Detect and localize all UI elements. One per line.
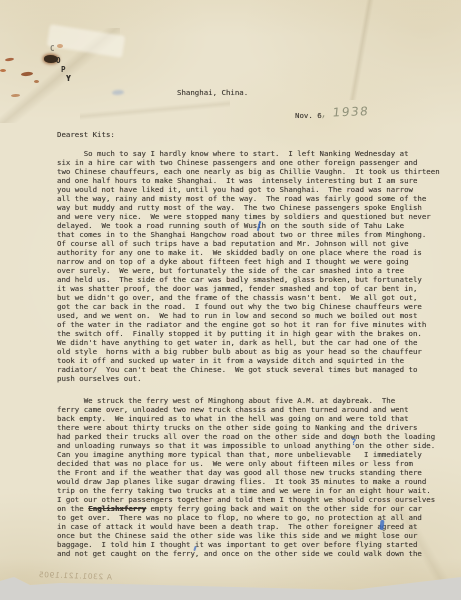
date-handwritten: , 1938	[321, 104, 370, 120]
stain-mark	[0, 69, 6, 72]
letter-line: push ourselves out.	[57, 374, 440, 383]
paragraph: So much to say I hardly know where to st…	[57, 149, 440, 383]
letter-line: and one half hours to make Shanghai. It …	[57, 176, 440, 185]
letter-line: radiator/ You can't beat the Chinese. We…	[57, 365, 440, 374]
letter-line: narrow and on top of a dyke about fiftee…	[57, 257, 440, 266]
stain-mark	[34, 80, 39, 83]
letter-line: took it off and sucked up water in it fr…	[57, 356, 440, 365]
letter-line: the switch off. Finally stopped it by pu…	[57, 329, 440, 338]
letter-line: trip on the ferry taking two trucks at a…	[57, 486, 440, 495]
scanned-letter: C O P Y Shanghai, China. Nov. 6 , 1938 D…	[0, 0, 461, 600]
letter-line: two Chinese chauffeurs, each one nearly …	[57, 167, 440, 176]
letter-line: decided that was no place for us. We wer…	[57, 459, 440, 468]
letter-line: used, and we went on. We had to run in l…	[57, 311, 440, 320]
tape-residue	[47, 24, 126, 58]
letter-line: that comes in to the Shanghai Hangchow r…	[57, 230, 440, 239]
stain-mark	[21, 71, 33, 76]
letter-line: of the water in the radiator and the eng…	[57, 320, 440, 329]
letter-line: Of course all of such trips have a bad r…	[57, 239, 440, 248]
letter-line: six in a hire car with two Chinese passe…	[57, 158, 440, 167]
stain-mark	[57, 44, 63, 48]
letter-line: had parked their trucks all over the roa…	[57, 432, 440, 441]
letter-page: C O P Y Shanghai, China. Nov. 6 , 1938 D…	[0, 0, 461, 600]
letter-line: and held us. The side of the car was bad…	[57, 275, 440, 284]
date-typed: Nov. 6	[295, 111, 322, 120]
letter-line: there were about thirty trucks on the ot…	[57, 423, 440, 432]
salutation: Dearest Kits:	[57, 130, 115, 139]
location-line: Shanghai, China.	[177, 88, 248, 97]
letter-line: and unloading runways so that it was imp…	[57, 441, 440, 450]
letter-line: baggage. I told him I thought it was imp…	[57, 540, 440, 549]
letter-line: the Front and if the weather that day wa…	[57, 468, 440, 477]
letter-line: once but the Chinese said the other side…	[57, 531, 440, 540]
letter-line: We didn't have anything to get water in,…	[57, 338, 440, 347]
letter-line: and not get caught on the ferry, and onc…	[57, 549, 440, 558]
struck-out-text: Englishxferry	[88, 504, 146, 513]
letter-line: over surely. We were, but fortunately th…	[57, 266, 440, 275]
paragraph: We struck the ferry west of Minghong abo…	[57, 396, 440, 558]
paper-crease	[80, 92, 230, 128]
letter-line: it was shatter proof, the door was jamme…	[57, 284, 440, 293]
blue-ink-question-mark: ?	[351, 439, 356, 448]
stain-mark	[5, 57, 14, 61]
blue-ink-smudge	[112, 90, 124, 96]
letter-line: but we didn't go over, and the frame of …	[57, 293, 440, 302]
letter-line: on the Englishxferry empty ferry going b…	[57, 504, 440, 513]
letter-line: delayed. We took a road running south of…	[57, 221, 440, 230]
letter-line: Can you imagine anything more typical th…	[57, 450, 440, 459]
letter-paragraphs: So much to say I hardly know where to st…	[57, 149, 440, 558]
letter-line: authority for any one to make it. We ski…	[57, 248, 440, 257]
letter-line: would draw Jap planes like sugar drawing…	[57, 477, 440, 486]
letter-line: old style horns with a big rubber bulb a…	[57, 347, 440, 356]
copy-stamp-letter: O	[56, 57, 61, 65]
copy-stamp-letter: Y	[66, 75, 71, 83]
letter-line: I got our other passengers together and …	[57, 495, 440, 504]
letter-line: all the way, rainy and misty most of the…	[57, 194, 440, 203]
stain-mark	[11, 94, 20, 97]
accession-number: A 2301.121.1905	[20, 569, 112, 581]
letter-line: you would not have liked it, until you h…	[57, 185, 440, 194]
letter-line: and were very nice. We were stopped many…	[57, 212, 440, 221]
letter-line: back empty. We inquired as to what in th…	[57, 414, 440, 423]
letter-line: We struck the ferry west of Minghong abo…	[57, 396, 440, 405]
letter-line: ferry came over, unloaded two new truck …	[57, 405, 440, 414]
copy-stamp-letter: P	[61, 66, 66, 74]
letter-line: way but muddy and rutty most of the way.…	[57, 203, 440, 212]
letter-line: So much to say I hardly know where to st…	[57, 149, 440, 158]
paper-crease	[326, 0, 396, 100]
copy-stamp-letter: C	[50, 45, 55, 53]
letter-line: got the car back in the road. I found ou…	[57, 302, 440, 311]
